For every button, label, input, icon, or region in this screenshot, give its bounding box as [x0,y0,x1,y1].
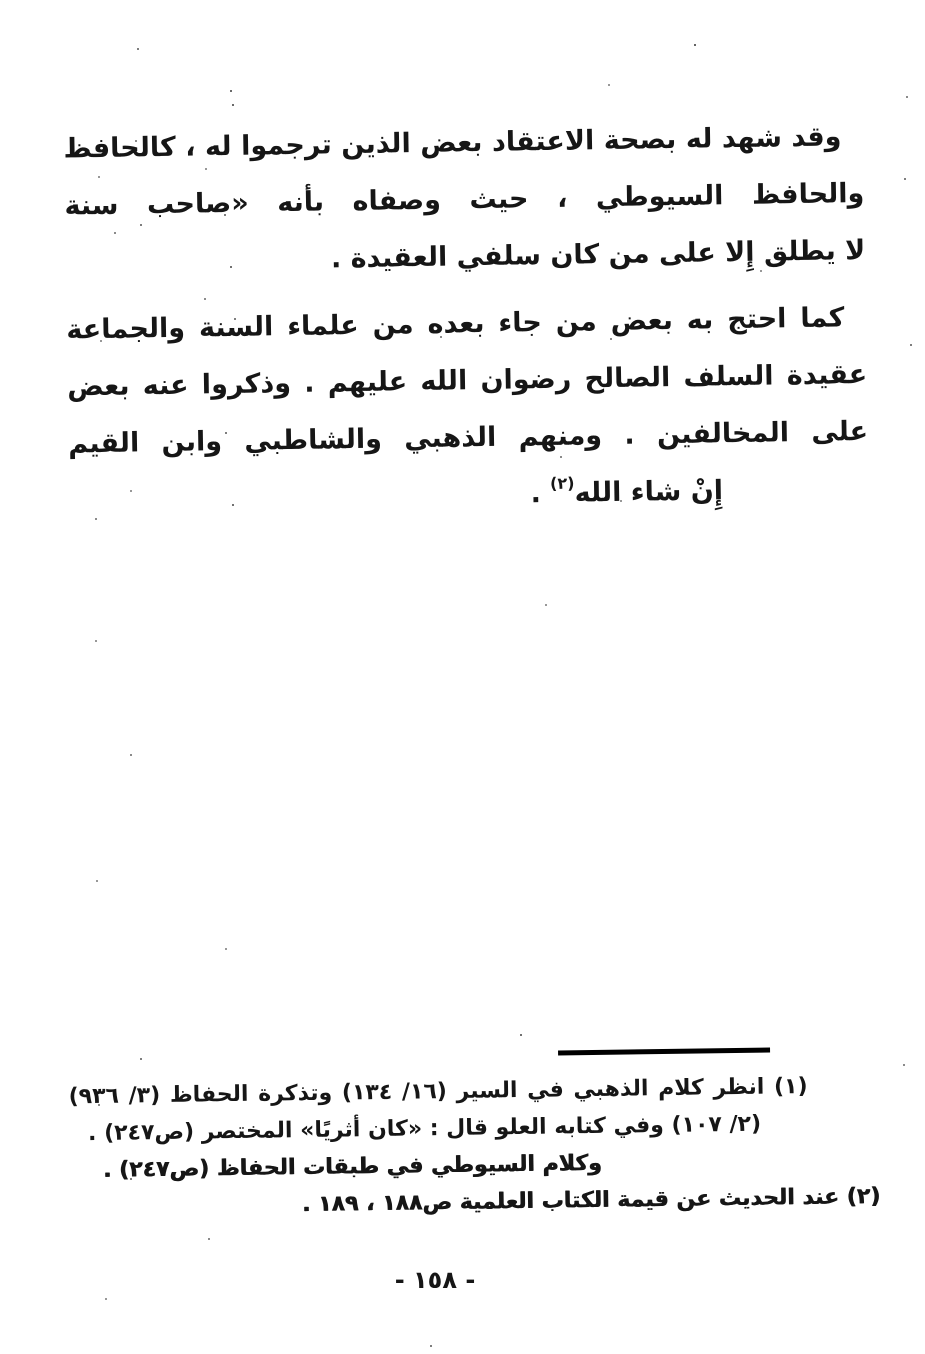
main-text-block: وقد شهد له بصحة الاعتقاد بعض الذين ترجمو… [63,108,869,530]
body-text: إِنْ شاء الله [574,475,723,508]
footnote-text: وكلام السيوطي في طبقات الحفاظ (ص٢٤٧) . [103,1151,602,1183]
footnote-1: (١) انظر كلام الذهبي في السير (١٦/ ١٣٤) … [68,1067,881,1189]
footnotes-block: (١) انظر كلام الذهبي في السير (١٦/ ١٣٤) … [68,1046,882,1226]
page-number: - ١٥٨ - [328,1260,542,1300]
body-text: . [530,478,550,509]
paragraph-2: كما احتج به بعض من جاء بعده من علماء الس… [66,289,869,530]
scan-noise-specks [0,0,2,2]
body-text: لا يطلق إِلا على من كان سلفي العقيدة . [331,235,866,274]
paragraph-1: وقد شهد له بصحة الاعتقاد بعض الذين ترجمو… [63,108,866,292]
footnote-ref-2-marker: (٢) [550,474,575,493]
footnote-separator-line [558,1048,770,1056]
footnote-text: (٢) عند الحديث عن قيمة الكتاب العلمية ص١… [302,1184,881,1217]
footnote-text: (٢/ ١٠٧) وفي كتابه العلو قال : «كان أثري… [88,1112,761,1146]
document-page: { "colors": { "ink": "#161616", "paper":… [0,0,925,1354]
